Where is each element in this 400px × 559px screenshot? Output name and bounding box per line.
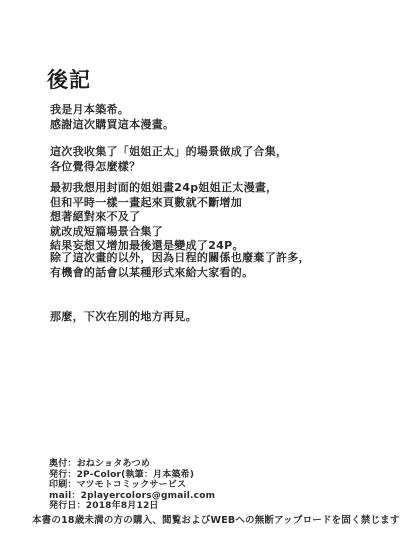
body-line: 最初我想用封面的姐姐畫24p姐姐正太漫畫， xyxy=(50,181,277,196)
paragraph-concept: 這次我收集了「姐姐正太」的場景做成了合集， 各位覺得怎麼樣？ xyxy=(50,145,287,174)
colophon-publisher-line: 発行：2P-Color(執筆：月本築希) xyxy=(49,470,215,481)
body-line: 想著絕對來不及了 xyxy=(50,210,277,225)
page-title: 後記 xyxy=(47,64,91,94)
paragraph-greeting: 我是月本築希。 感謝這次購買這本漫畫。 xyxy=(50,103,174,132)
body-line: 這次我收集了「姐姐正太」的場景做成了合集， xyxy=(50,145,287,160)
colophon-printer-line: 印刷：マツモトコミックサービス xyxy=(49,480,215,491)
paragraph-scrapped-ideas: 除了這次畫的以外，因為日程的關係也廢棄了許多， 有機會的話會以某種形式來給大家看… xyxy=(50,251,310,280)
paragraph-farewell: 那麼，下次在別的地方再見。 xyxy=(50,310,197,325)
body-line: 我是月本築希。 xyxy=(50,103,174,118)
afterword-page: 後記 我是月本築希。 感謝這次購買這本漫畫。 這次我收集了「姐姐正太」的場景做成… xyxy=(0,0,400,559)
age-restriction-disclaimer: 本書の18歳未満の方の購入、閲覧およびWEBへの無断アップロードを固く禁じます xyxy=(32,512,400,526)
body-line: 那麼，下次在別的地方再見。 xyxy=(50,310,197,325)
body-line: 除了這次畫的以外，因為日程的關係也廢棄了許多， xyxy=(50,251,310,266)
body-line: 各位覺得怎麼樣？ xyxy=(50,160,287,175)
colophon-title-line: 奥付：おねショタあつめ xyxy=(49,459,215,470)
colophon-mail-line: mail：2playercolors@gmail.com xyxy=(49,491,215,502)
colophon: 奥付：おねショタあつめ 発行：2P-Color(執筆：月本築希) 印刷：マツモト… xyxy=(49,459,215,512)
body-line: 就改成短篇場景合集了 xyxy=(50,225,277,240)
body-line: 但和平時一樣一畫起來頁數就不斷增加 xyxy=(50,196,277,211)
body-line: 有機會的話會以某種形式來給大家看的。 xyxy=(50,266,310,281)
paragraph-production-notes: 最初我想用封面的姐姐畫24p姐姐正太漫畫， 但和平時一樣一畫起來頁數就不斷增加 … xyxy=(50,181,277,254)
colophon-date-line: 発行日：2018年8月12日 xyxy=(49,501,215,512)
body-line: 感謝這次購買這本漫畫。 xyxy=(50,118,174,133)
